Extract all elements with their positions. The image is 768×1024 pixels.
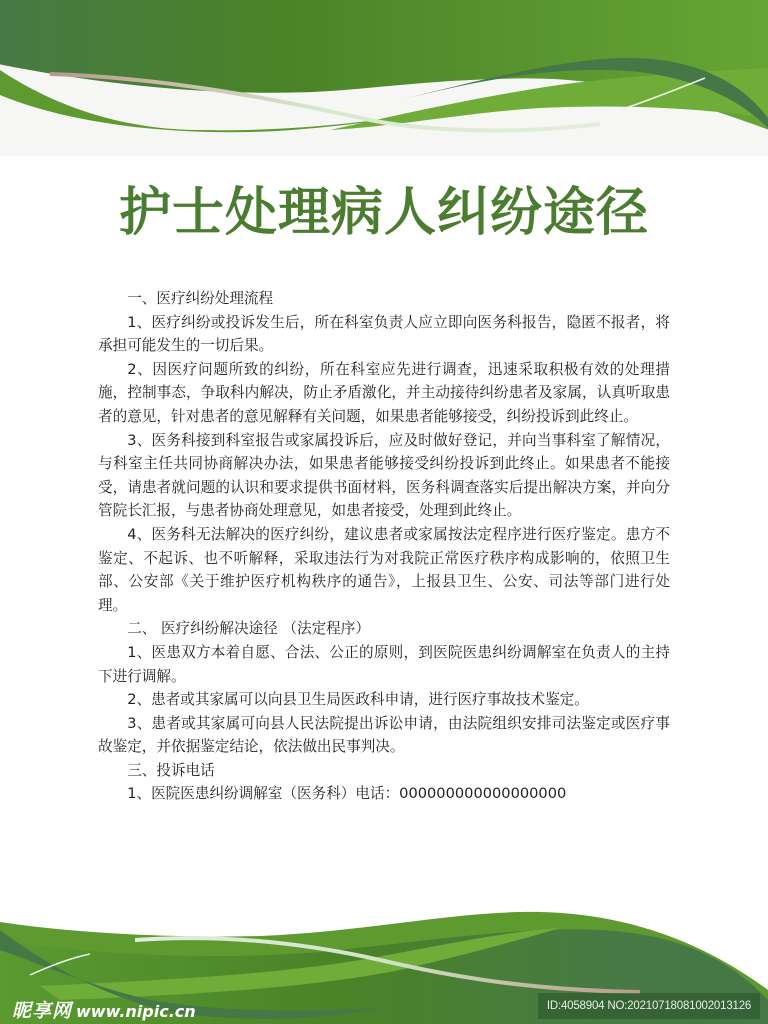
image-id-badge: ID:4058904 NO:20210718081002013126 (538, 993, 760, 1019)
document-body: 一、医疗纠纷处理流程 1、医疗纠纷或投诉发生后，所在科室负责人应立即向医务科报告… (98, 287, 670, 806)
header-wave-decoration (0, 0, 768, 156)
section-1-item-4: 4、医务科无法解决的医疗纠纷，建议患者或家属按法定程序进行医疗鉴定。患方不鉴定、… (98, 523, 670, 617)
section-2-item-3: 3、患者或其家属可向县人民法院提出诉讼申请，由法院组织安排司法鉴定或医疗事故鉴定… (98, 712, 670, 759)
section-2-item-2: 2、患者或其家属可以向县卫生局医政科申请，进行医疗事故技术鉴定。 (98, 688, 670, 712)
section-heading-3: 三、投诉电话 (98, 759, 670, 783)
nipic-logo-text: 昵享网 (12, 1000, 72, 1022)
nipic-url: www.nipic.cn (76, 1002, 196, 1021)
section-heading-2: 二、 医疗纠纷解决途径 （法定程序） (98, 617, 670, 641)
section-heading-1: 一、医疗纠纷处理流程 (98, 287, 670, 311)
section-1-item-3: 3、医务科接到科室报告或家属投诉后，应及时做好登记，并向当事科室了解情况，与科室… (98, 429, 670, 523)
section-3-item-1-phone: 1、医院医患纠纷调解室（医务科）电话：000000000000000000 (98, 782, 670, 806)
section-1-item-1: 1、医疗纠纷或投诉发生后，所在科室负责人应立即向医务科报告，隐匿不报者，将承担可… (98, 311, 670, 358)
section-1-item-2: 2、因医疗问题所致的纠纷，所在科室应先进行调查，迅速采取积极有效的处理措施，控制… (98, 358, 670, 429)
section-2-item-1: 1、医患双方本着自愿、合法、公正的原则，到医院医患纠纷调解室在负责人的主持下进行… (98, 641, 670, 688)
nipic-watermark-logo: 昵享网www.nipic.cn (12, 996, 196, 1023)
page-title: 护士处理病人纠纷途径 (0, 178, 768, 248)
